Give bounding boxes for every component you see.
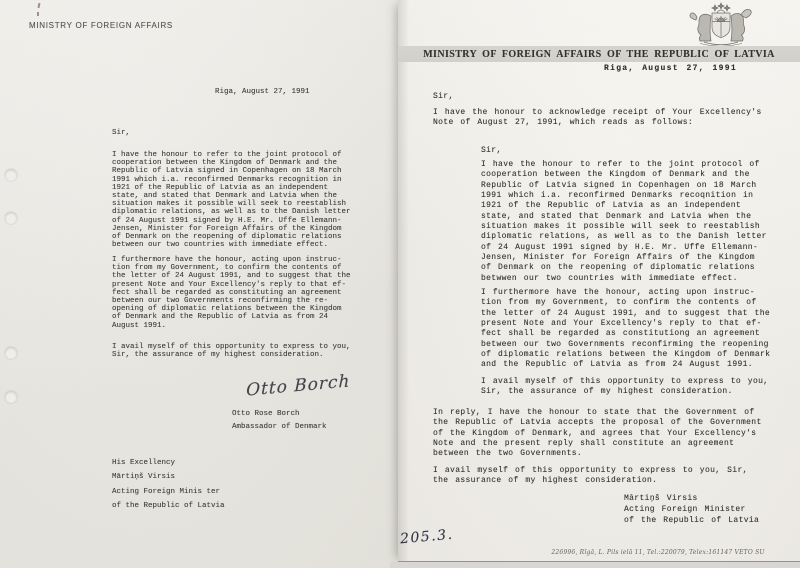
left-body-paragraph-3: I avail myself of this opportunity to ex… [112,343,372,359]
signature-handwriting: Otto Borch [246,371,351,400]
footer-address-line: 226996, Rīgā, L. Pils ielā 11, Tel.:2200… [538,549,778,556]
punch-hole [5,212,17,224]
punch-hole [5,391,17,403]
right-closing-paragraph-1: In reply, I have the honour to state tha… [433,408,788,460]
left-signer-title: Ambassador of Denmark [232,423,327,431]
right-letterhead: MINISTRY OF FOREIGN AFFAIRS OF THE REPUB… [423,49,775,60]
right-letter-page: MINISTRY OF FOREIGN AFFAIRS OF THE REPUB… [398,0,800,562]
scan-edge-strip [390,562,800,568]
addressee-block: His Excellency Mārtiņš Virsis Acting For… [112,456,225,514]
right-signature-block: Mārtiņš Virsis Acting Foreign Minister o… [624,494,759,526]
right-salutation: Sir, [433,92,454,102]
right-intro-paragraph: I have the honour to acknowledge receipt… [433,108,783,129]
scanned-documents: MINISTRY OF FOREIGN AFFAIRS Riga, August… [0,0,800,568]
left-letter-page: MINISTRY OF FOREIGN AFFAIRS Riga, August… [0,0,398,568]
left-letterhead: MINISTRY OF FOREIGN AFFAIRS [29,21,173,30]
left-signer-name: Otto Rose Borch [232,410,300,418]
right-closing-paragraph-2: I avail myself of this opportunity to ex… [433,466,788,487]
right-dateline: Riga, August 27, 1991 [604,64,737,74]
letterhead-band: MINISTRY OF FOREIGN AFFAIRS OF THE REPUB… [398,46,800,62]
quoted-paragraph-3: I avail myself of this opportunity to ex… [481,377,786,398]
latvia-coat-of-arms-icon [686,2,756,48]
punch-hole [5,347,17,359]
left-body-paragraph-2: I furthermore have the honour, acting up… [112,256,372,330]
quoted-paragraph-2: I furthermore have the honour, acting up… [481,288,786,371]
quoted-paragraph-1: I have the honour to refer to the joint … [481,160,786,284]
punch-hole [5,169,17,181]
pencil-mark [37,3,40,19]
left-salutation: Sir, [112,129,130,137]
left-body-paragraph-1: I have the honour to refer to the joint … [112,151,372,249]
quoted-salutation: Sir, [481,146,502,156]
handwritten-archive-number: 205.3. [399,527,454,548]
left-dateline: Riga, August 27, 1991 [215,88,310,96]
